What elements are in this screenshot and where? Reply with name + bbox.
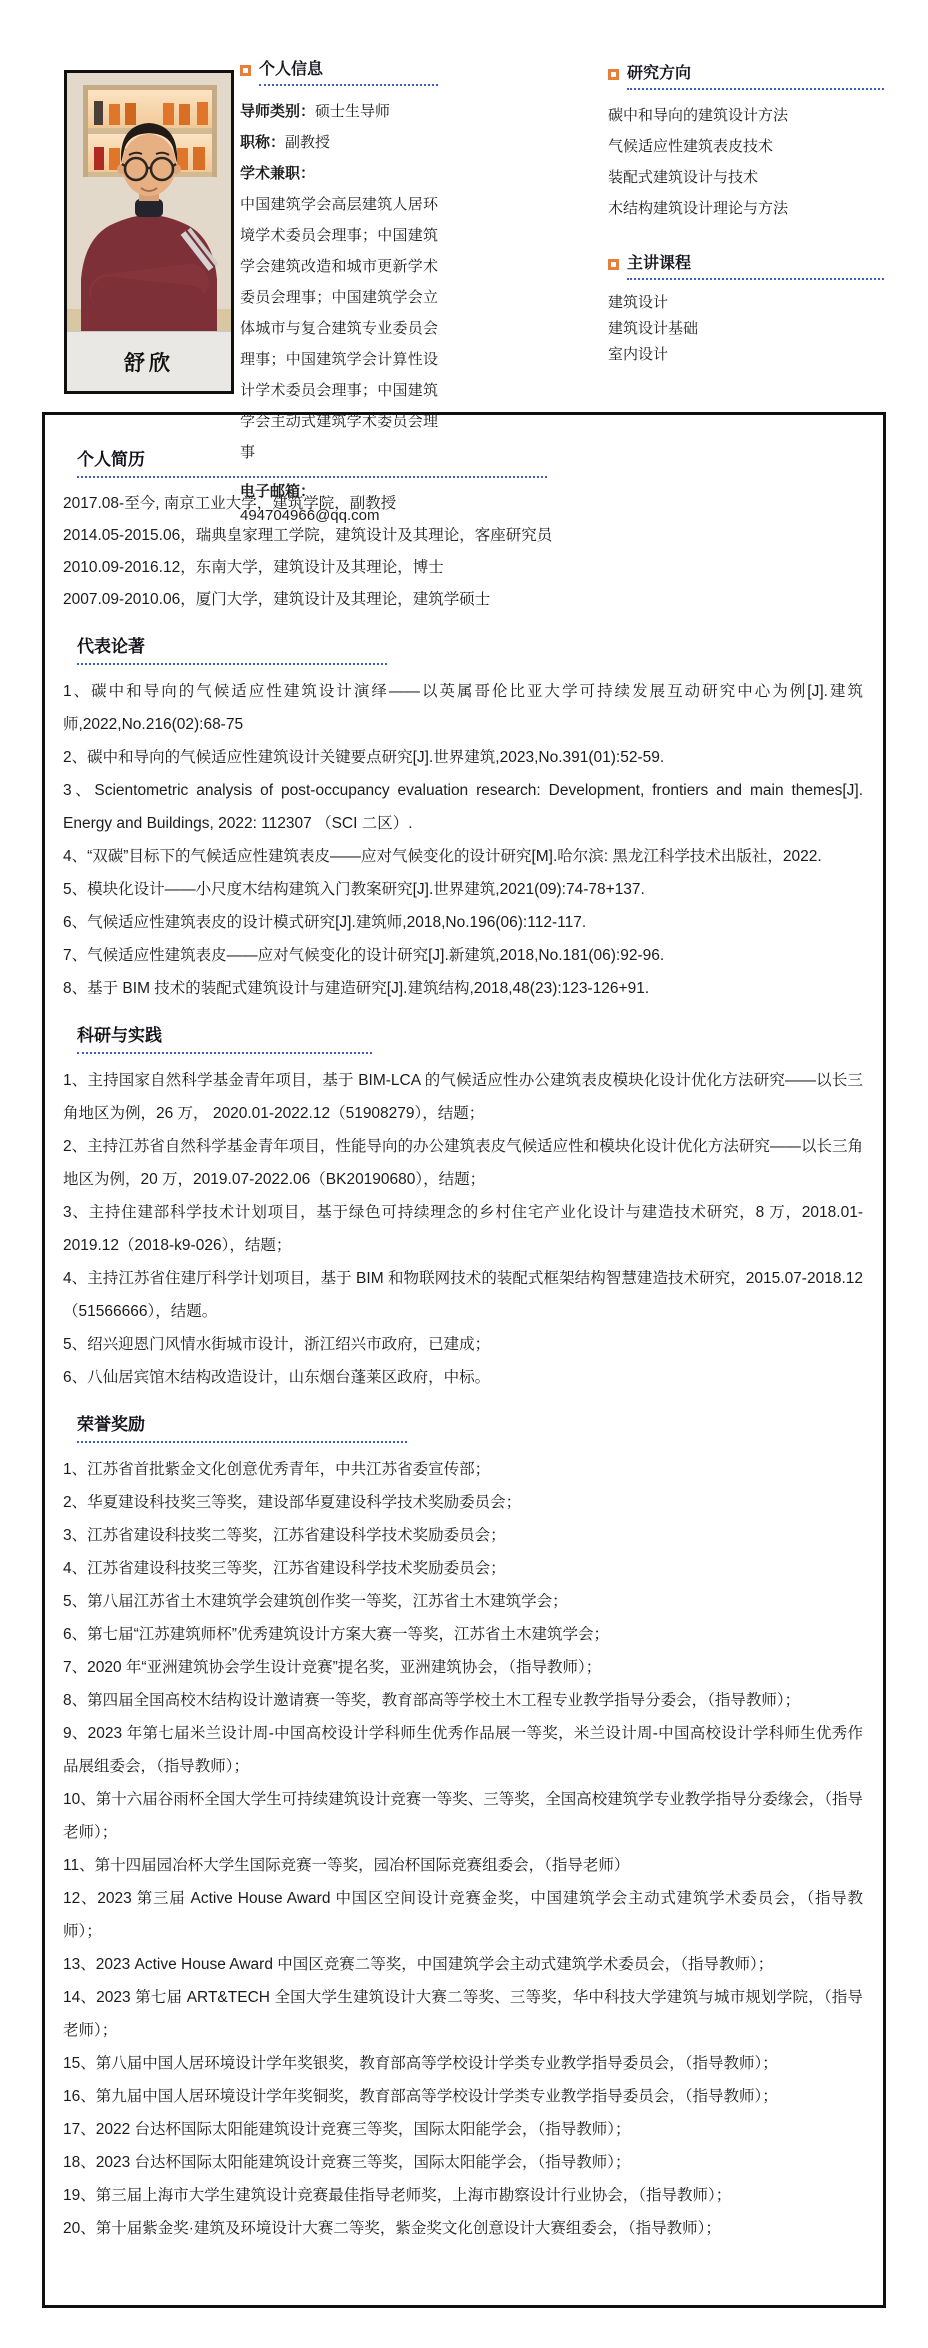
- honor-item: 8、第四届全国高校木结构设计邀请赛一等奖，教育部高等学校土木工程专业教学指导分委…: [63, 1684, 863, 1717]
- profile-photo: [67, 73, 231, 331]
- research-practice-item: 3、主持住建部科学技术计划项目，基于绿色可持续理念的乡村住宅产业化设计与建造技术…: [63, 1196, 863, 1262]
- publications-section-title: 代表论著: [77, 632, 387, 665]
- right-column: 研究方向 碳中和导向的建筑设计方法气候适应性建筑表皮技术装配式建筑设计与技术木结…: [608, 60, 884, 368]
- publication-item: 5、模块化设计——小尺度木结构建筑入门教案研究[J].世界建筑,2021(09)…: [63, 873, 863, 906]
- personal-info-fields: 导师类别：硕士生导师 职称：副教授 学术兼职：: [240, 96, 438, 189]
- research-practice-list: 1、主持国家自然科学基金青年项目，基于 BIM-LCA 的气候适应性办公建筑表皮…: [63, 1064, 863, 1394]
- honor-item: 13、2023 Active House Award 中国区竞赛二等奖，中国建筑…: [63, 1948, 863, 1981]
- courses-list: 建筑设计建筑设计基础室内设计: [608, 290, 884, 368]
- email-line: 电子邮箱：494704966@qq.com: [240, 480, 438, 528]
- course-item: 室内设计: [608, 342, 884, 368]
- info-field-label: 职称：: [240, 134, 285, 151]
- publication-item: 8、基于 BIM 技术的装配式建筑设计与建造研究[J].建筑结构,2018,48…: [63, 972, 863, 1005]
- personal-info-title: 个人信息: [259, 56, 438, 86]
- research-direction-item: 木结构建筑设计理论与方法: [608, 193, 884, 224]
- profile-photo-card: 舒欣: [64, 70, 234, 394]
- research-practice-item: 6、八仙居宾馆木结构改造设计，山东烟台蓬莱区政府，中标。: [63, 1361, 863, 1394]
- honor-item: 1、江苏省首批紫金文化创意优秀青年，中共江苏省委宣传部；: [63, 1453, 863, 1486]
- honor-item: 7、2020 年“亚洲建筑协会学生设计竞赛”提名奖，亚洲建筑协会，（指导教师）；: [63, 1651, 863, 1684]
- honor-item: 15、第八届中国人居环境设计学年奖银奖，教育部高等学校设计学类专业教学指导委员会…: [63, 2047, 863, 2080]
- info-field-label: 导师类别：: [240, 103, 315, 120]
- honor-item: 17、2022 台达杯国际太阳能建筑设计竞赛三等奖，国际太阳能学会，（指导教师）…: [63, 2113, 863, 2146]
- honor-item: 10、第十六届谷雨杯全国大学生可持续建筑设计竞赛一等奖、三等奖，全国高校建筑学专…: [63, 1783, 863, 1849]
- profile-name: 舒欣: [67, 331, 231, 391]
- info-field: 学术兼职：: [240, 158, 438, 189]
- publication-item: 3、Scientometric analysis of post-occupan…: [63, 774, 863, 840]
- honor-item: 14、2023 第七届 ART&TECH 全国大学生建筑设计大赛二等奖、三等奖，…: [63, 1981, 863, 2047]
- publication-item: 4、“双碳”目标下的气候适应性建筑表皮——应对气候变化的设计研究[M].哈尔滨:…: [63, 840, 863, 873]
- honor-item: 4、江苏省建设科技奖三等奖，江苏省建设科学技术奖励委员会；: [63, 1552, 863, 1585]
- resume-item: 2017.08-至今, 南京工业大学，建筑学院，副教授: [63, 488, 863, 520]
- research-practice-item: 1、主持国家自然科学基金青年项目，基于 BIM-LCA 的气候适应性办公建筑表皮…: [63, 1064, 863, 1130]
- resume-item: 2014.05-2015.06，瑞典皇家理工学院，建筑设计及其理论，客座研究员: [63, 520, 863, 552]
- email-value: 494704966@qq.com: [240, 507, 380, 524]
- research-practice-item: 5、绍兴迎恩门风情水街城市设计，浙江绍兴市政府，已建成；: [63, 1328, 863, 1361]
- honors-section-title: 荣誉奖励: [77, 1410, 407, 1443]
- personal-info-header: 个人信息: [240, 56, 438, 86]
- info-field-label: 学术兼职：: [240, 165, 315, 182]
- honor-item: 19、第三届上海市大学生建筑设计竞赛最佳指导老师奖，上海市勘察设计行业协会，（指…: [63, 2179, 863, 2212]
- honor-item: 2、华夏建设科技奖三等奖，建设部华夏建设科学技术奖励委员会；: [63, 1486, 863, 1519]
- resume-item: 2007.09-2010.06，厦门大学，建筑设计及其理论，建筑学硕士: [63, 584, 863, 616]
- info-field: 职称：副教授: [240, 127, 438, 158]
- orange-square-icon: [608, 259, 619, 270]
- research-practice-item: 2、主持江苏省自然科学基金青年项目，性能导向的办公建筑表皮气候适应性和模块化设计…: [63, 1130, 863, 1196]
- course-item: 建筑设计基础: [608, 316, 884, 342]
- info-field-value: 副教授: [285, 134, 330, 151]
- publication-item: 1、碳中和导向的气候适应性建筑设计演绎——以英属哥伦比亚大学可持续发展互动研究中…: [63, 675, 863, 741]
- academic-appointments: 中国建筑学会高层建筑人居环境学术委员会理事；中国建筑学会建筑改造和城市更新学术委…: [240, 189, 438, 468]
- email-label: 电子邮箱：: [240, 483, 315, 500]
- publication-item: 6、气候适应性建筑表皮的设计模式研究[J].建筑师,2018,No.196(06…: [63, 906, 863, 939]
- research-practice-section-title: 科研与实践: [77, 1021, 372, 1054]
- honor-item: 12、2023 第三届 Active House Award 中国区空间设计竞赛…: [63, 1882, 863, 1948]
- research-direction-item: 碳中和导向的建筑设计方法: [608, 100, 884, 131]
- profile-header: 舒欣 个人信息 导师类别：硕士生导师 职称：副教授 学术兼职： 中国建筑学会高层…: [0, 0, 928, 412]
- courses-section: 主讲课程 建筑设计建筑设计基础室内设计: [608, 250, 884, 368]
- research-directions-title: 研究方向: [627, 60, 884, 90]
- honor-item: 9、2023 年第七届米兰设计周-中国高校设计学科师生优秀作品展一等奖，米兰设计…: [63, 1717, 863, 1783]
- research-directions-header: 研究方向: [608, 60, 884, 90]
- honor-item: 18、2023 台达杯国际太阳能建筑设计竞赛三等奖，国际太阳能学会，（指导教师）…: [63, 2146, 863, 2179]
- research-directions-list: 碳中和导向的建筑设计方法气候适应性建筑表皮技术装配式建筑设计与技术木结构建筑设计…: [608, 100, 884, 224]
- research-practice-item: 4、主持江苏省住建厅科学计划项目，基于 BIM 和物联网技术的装配式框架结构智慧…: [63, 1262, 863, 1328]
- research-direction-item: 气候适应性建筑表皮技术: [608, 131, 884, 162]
- publication-item: 2、碳中和导向的气候适应性建筑设计关键要点研究[J].世界建筑,2023,No.…: [63, 741, 863, 774]
- personal-info-section: 个人信息 导师类别：硕士生导师 职称：副教授 学术兼职： 中国建筑学会高层建筑人…: [240, 56, 438, 528]
- honor-item: 16、第九届中国人居环境设计学年奖铜奖，教育部高等学校设计学类专业教学指导委员会…: [63, 2080, 863, 2113]
- info-field-value: 硕士生导师: [315, 103, 390, 120]
- orange-square-icon: [608, 69, 619, 80]
- honor-item: 20、第十届紫金奖·建筑及环境设计大赛二等奖，紫金奖文化创意设计大赛组委会，（指…: [63, 2212, 863, 2245]
- orange-square-icon: [240, 65, 251, 76]
- course-item: 建筑设计: [608, 290, 884, 316]
- resume-item: 2010.09-2016.12，东南大学，建筑设计及其理论，博士: [63, 552, 863, 584]
- resume-main-box: 个人简历 2017.08-至今, 南京工业大学，建筑学院，副教授2014.05-…: [42, 412, 886, 2308]
- resume-list: 2017.08-至今, 南京工业大学，建筑学院，副教授2014.05-2015.…: [63, 488, 863, 616]
- research-direction-item: 装配式建筑设计与技术: [608, 162, 884, 193]
- publication-item: 7、气候适应性建筑表皮——应对气候变化的设计研究[J].新建筑,2018,No.…: [63, 939, 863, 972]
- honor-item: 5、第八届江苏省土木建筑学会建筑创作奖一等奖，江苏省土木建筑学会；: [63, 1585, 863, 1618]
- honor-item: 3、江苏省建设科技奖二等奖，江苏省建设科学技术奖励委员会；: [63, 1519, 863, 1552]
- courses-header: 主讲课程: [608, 250, 884, 280]
- honor-item: 6、第七届“江苏建筑师杯”优秀建筑设计方案大赛一等奖，江苏省土木建筑学会；: [63, 1618, 863, 1651]
- courses-title: 主讲课程: [627, 250, 884, 280]
- publications-list: 1、碳中和导向的气候适应性建筑设计演绎——以英属哥伦比亚大学可持续发展互动研究中…: [63, 675, 863, 1005]
- info-field: 导师类别：硕士生导师: [240, 96, 438, 127]
- honors-list: 1、江苏省首批紫金文化创意优秀青年，中共江苏省委宣传部；2、华夏建设科技奖三等奖…: [63, 1453, 863, 2245]
- honor-item: 11、第十四届园冶杯大学生国际竞赛一等奖，园冶杯国际竞赛组委会，（指导老师）: [63, 1849, 863, 1882]
- research-directions-section: 研究方向 碳中和导向的建筑设计方法气候适应性建筑表皮技术装配式建筑设计与技术木结…: [608, 60, 884, 224]
